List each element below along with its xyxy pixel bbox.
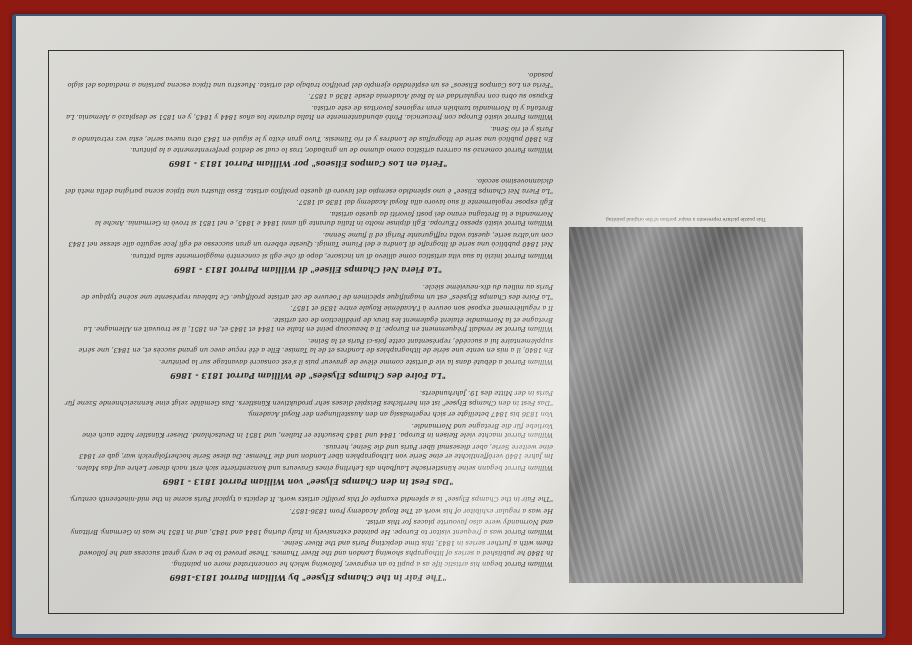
section-heading: "Feria en Los Campos Eliseos" por Willia… (63, 157, 553, 169)
paragraph: William Parrot a débuté dans la vie d'ar… (63, 356, 553, 366)
section-english: "The Fair in the Champs Elysee" by Willi… (63, 494, 553, 583)
section-french: "La Foire des Champs Elysées" de William… (63, 282, 553, 381)
section-italian: "La Fiera Nei Champs Elisee" di William … (63, 176, 553, 275)
section-heading: "The Fair in the Champs Elysee" by Willi… (63, 571, 553, 583)
paragraph: Nel 1840 pubblicò una serie di litografi… (63, 229, 553, 248)
paragraph: "Das Fest in den Champs Elysee" ist ein … (63, 388, 553, 407)
paragraph: William Parrot began his artistic life a… (63, 559, 553, 569)
paragraph: William Parrot was a frequent visitor to… (63, 517, 553, 536)
picture-caption: This puzzle picture represents a major p… (569, 216, 803, 221)
paragraph: William Parrot comenzó su carrera artíst… (63, 145, 553, 155)
paragraph: "La Fiera Nei Champs Elisee" è uno splen… (63, 176, 553, 195)
paragraph: William Parrot se rendait fréquemment en… (63, 314, 553, 333)
paragraph: En 1840 publicó una serie de litografías… (63, 123, 553, 142)
engraving-picture (569, 227, 803, 583)
paragraph: In 1840 he published a series of lithogr… (63, 538, 553, 557)
paragraph: William Parrot visitó Europa con frecuen… (63, 102, 553, 121)
paragraph: Im Jahre 1840 veröffentlichte er eine Se… (63, 441, 553, 460)
paragraph: "La Foire des Champs Elysées" est un mag… (63, 282, 553, 301)
section-heading: "Das Fest in den Champs Elysee" von Will… (63, 475, 553, 487)
section-german: "Das Fest in den Champs Elysee" von Will… (63, 388, 553, 487)
paragraph: Egli espose regolarmente il suo lavoro a… (63, 197, 553, 207)
paragraph: Von 1836 bis 1847 beteiligte er sich reg… (63, 409, 553, 419)
paragraph: Il a régulièrement exposé son oeuvre à l… (63, 303, 553, 313)
paragraph: William Parrot begann seine künstlerisch… (63, 462, 553, 472)
puzzle-box: This puzzle picture represents a major p… (12, 14, 886, 638)
content-frame: This puzzle picture represents a major p… (48, 50, 844, 614)
section-heading: "La Foire des Champs Elysées" de William… (63, 369, 553, 381)
paragraph: "The Fair in the Champs Elysee" is a spl… (63, 494, 553, 504)
box-back-panel: This puzzle picture represents a major p… (16, 16, 882, 634)
paragraph: William Parrot machte viele Reisen in Eu… (63, 420, 553, 439)
paragraph: He was a regular exhibitor of his work a… (63, 505, 553, 515)
paragraph: "Feria en Los Campos Eliseos" es un espl… (63, 70, 553, 89)
section-heading: "La Fiera Nei Champs Elisee" di William … (63, 263, 553, 275)
paragraph: Expuso su obra con regularidad en la Rea… (63, 91, 553, 101)
multilingual-text: "The Fair in the Champs Elysee" by Willi… (63, 43, 553, 583)
paragraph: William Parrot iniziò la sua vita artist… (63, 251, 553, 261)
paragraph: En 1840, il a mis en vente une série de … (63, 335, 553, 354)
paragraph: William Parrot visitò spesso l'Europa. E… (63, 208, 553, 227)
upside-down-content: This puzzle picture represents a major p… (16, 16, 882, 634)
section-spanish: "Feria en Los Campos Eliseos" por Willia… (63, 70, 553, 169)
